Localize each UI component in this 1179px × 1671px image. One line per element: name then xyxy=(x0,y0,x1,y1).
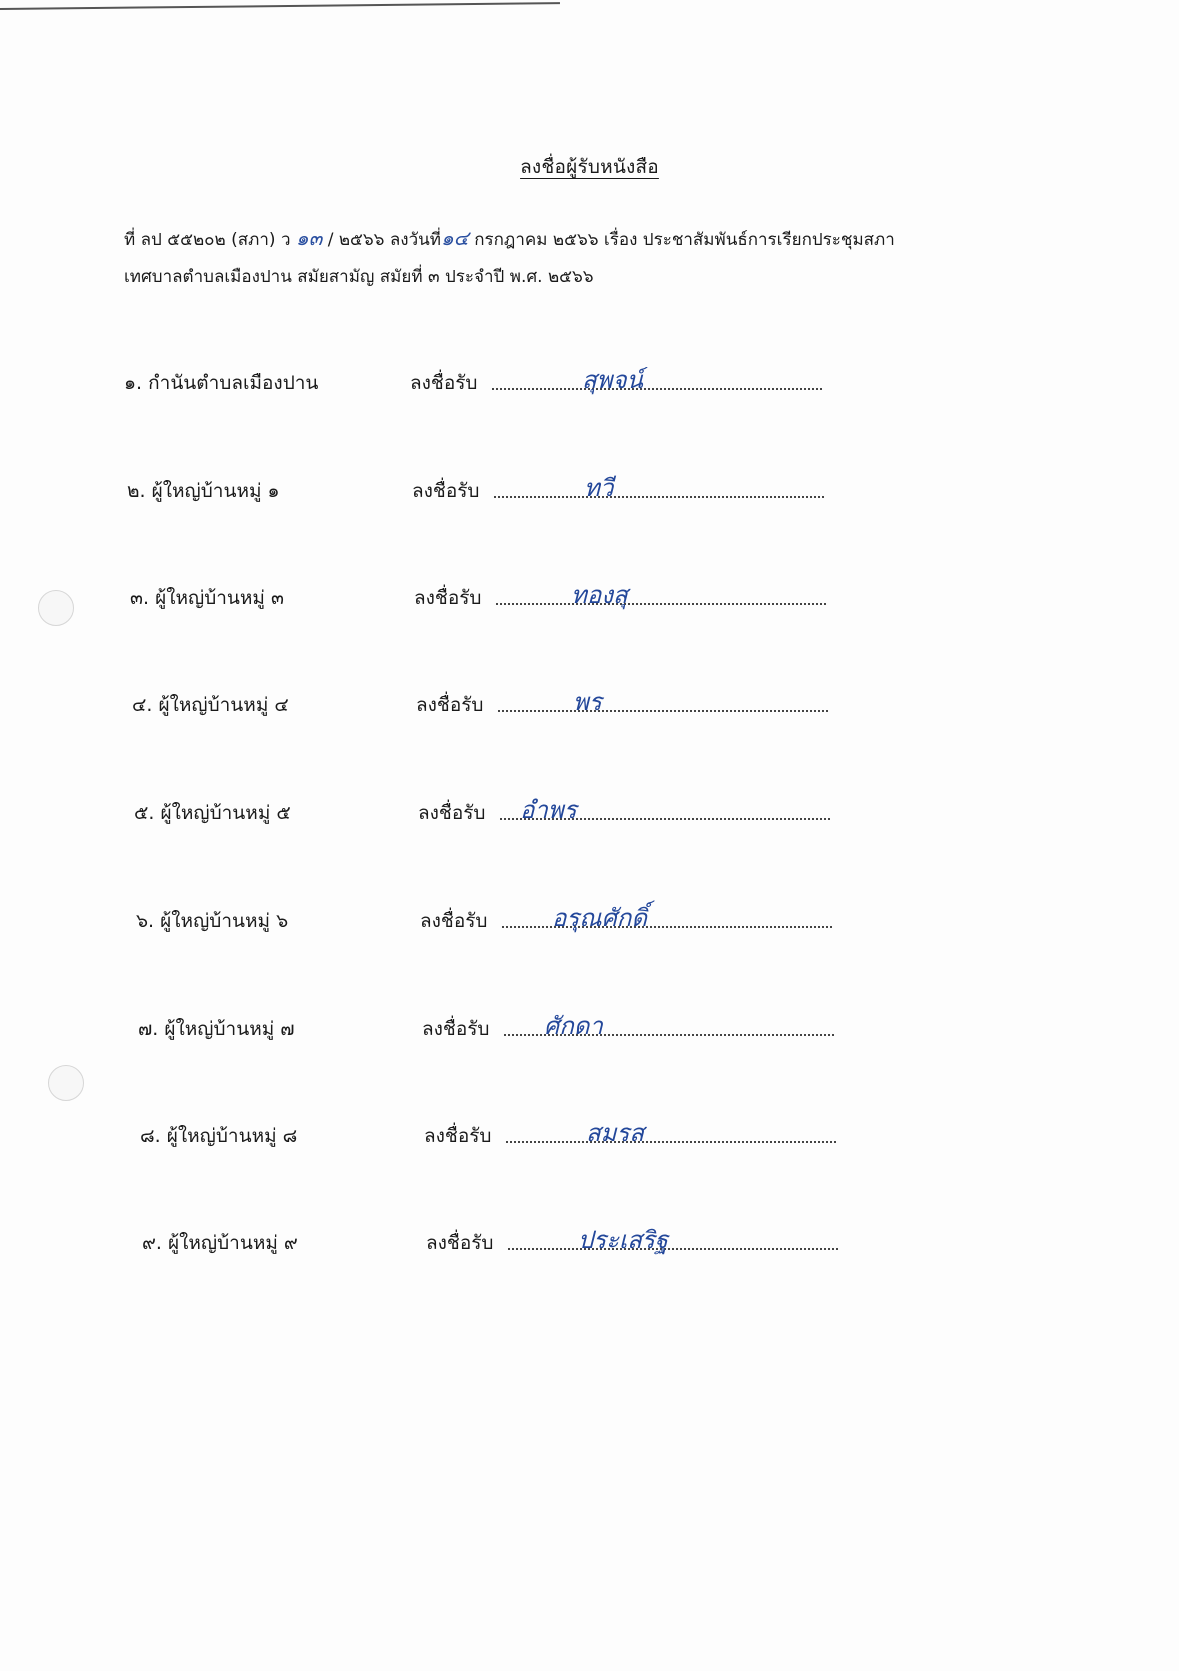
signature-line[interactable]: อำพร xyxy=(500,818,830,820)
signature-line[interactable]: พร xyxy=(498,710,828,712)
recipient-row: ๕. ผู้ใหญ่บ้านหมู่ ๕ลงชื่อรับอำพร xyxy=(0,790,1179,830)
recipient-row: ๙. ผู้ใหญ่บ้านหมู่ ๙ลงชื่อรับประเสริฐ xyxy=(0,1220,1179,1260)
recipient-row: ๒. ผู้ใหญ่บ้านหมู่ ๑ลงชื่อรับทวี xyxy=(0,468,1179,508)
recipient-label: ๓. ผู้ใหญ่บ้านหมู่ ๓ xyxy=(130,583,284,613)
recipient-row: ๖. ผู้ใหญ่บ้านหมู่ ๖ลงชื่อรับอรุณศักดิ์ xyxy=(0,898,1179,938)
signature-line[interactable]: อรุณศักดิ์ xyxy=(502,926,832,928)
recipient-label: ๙. ผู้ใหญ่บ้านหมู่ ๙ xyxy=(142,1228,298,1258)
signature-line[interactable]: ทองสุ xyxy=(496,603,826,605)
sign-label: ลงชื่อรับ xyxy=(420,906,488,936)
sign-label: ลงชื่อรับ xyxy=(418,798,486,828)
handwritten-signature: ทองสุ xyxy=(571,575,628,614)
signature-line[interactable]: สมรส xyxy=(506,1141,836,1143)
sign-label: ลงชื่อรับ xyxy=(412,476,480,506)
signature-line[interactable]: ทวี xyxy=(494,496,824,498)
recipient-row: ๑. กำนันตำบลเมืองปานลงชื่อรับสุพจน์ xyxy=(0,360,1179,400)
sign-label: ลงชื่อรับ xyxy=(414,583,482,613)
signature-line[interactable]: ศักดา xyxy=(504,1034,834,1036)
recipient-label: ๒. ผู้ใหญ่บ้านหมู่ ๑ xyxy=(127,476,280,506)
recipient-label: ๗. ผู้ใหญ่บ้านหมู่ ๗ xyxy=(138,1014,295,1044)
punch-hole xyxy=(48,1065,84,1101)
ref-mid: / ๒๕๖๖ ลงวันที่ xyxy=(328,230,441,250)
recipient-row: ๔. ผู้ใหญ่บ้านหมู่ ๔ลงชื่อรับพร xyxy=(0,682,1179,722)
sign-label: ลงชื่อรับ xyxy=(424,1121,492,1151)
scan-page-edge xyxy=(0,2,560,10)
handwritten-signature: ศักดา xyxy=(544,1006,603,1045)
recipient-row: ๗. ผู้ใหญ่บ้านหมู่ ๗ลงชื่อรับศักดา xyxy=(0,1006,1179,1046)
handwritten-signature: ทวี xyxy=(584,468,613,507)
sign-label: ลงชื่อรับ xyxy=(416,690,484,720)
recipient-label: ๖. ผู้ใหญ่บ้านหมู่ ๖ xyxy=(136,906,288,936)
sign-label: ลงชื่อรับ xyxy=(410,368,478,398)
recipient-label: ๑. กำนันตำบลเมืองปาน xyxy=(124,368,318,398)
handwritten-signature: สมรส xyxy=(586,1113,644,1152)
handwritten-signature: อรุณศักดิ์ xyxy=(552,898,647,937)
recipient-label: ๔. ผู้ใหญ่บ้านหมู่ ๔ xyxy=(132,690,289,720)
handwritten-signature: อำพร xyxy=(520,790,577,829)
recipient-label: ๕. ผู้ใหญ่บ้านหมู่ ๕ xyxy=(134,798,291,828)
recipient-label: ๘. ผู้ใหญ่บ้านหมู่ ๘ xyxy=(140,1121,297,1151)
signature-line[interactable]: ประเสริฐ xyxy=(508,1248,838,1250)
header-reference-line: ที่ ลป ๕๕๒๐๒ (สภา) ว ๑๓ / ๒๕๖๖ ลงวันที่๑… xyxy=(124,222,895,254)
handwritten-signature: พร xyxy=(573,682,602,721)
sign-label: ลงชื่อรับ xyxy=(426,1228,494,1258)
recipient-row: ๓. ผู้ใหญ่บ้านหมู่ ๓ลงชื่อรับทองสุ xyxy=(0,575,1179,615)
handwritten-signature: สุพจน์ xyxy=(582,360,643,399)
day-handwritten: ๑๔ xyxy=(441,226,469,250)
signature-line[interactable]: สุพจน์ xyxy=(492,388,822,390)
ref-prefix: ที่ ลป ๕๕๒๐๒ (สภา) ว xyxy=(124,230,291,250)
header-subject-line: เทศบาลตำบลเมืองปาน สมัยสามัญ สมัยที่ ๓ ป… xyxy=(124,263,594,290)
ref-suffix: กรกฎาคม ๒๕๖๖ เรื่อง ประชาสัมพันธ์การเรีย… xyxy=(474,230,895,250)
document-title: ลงชื่อผู้รับหนังสือ xyxy=(0,152,1179,182)
sign-label: ลงชื่อรับ xyxy=(422,1014,490,1044)
handwritten-signature: ประเสริฐ xyxy=(578,1220,668,1259)
ref-number-handwritten: ๑๓ xyxy=(296,226,322,250)
recipient-row: ๘. ผู้ใหญ่บ้านหมู่ ๘ลงชื่อรับสมรส xyxy=(0,1113,1179,1153)
